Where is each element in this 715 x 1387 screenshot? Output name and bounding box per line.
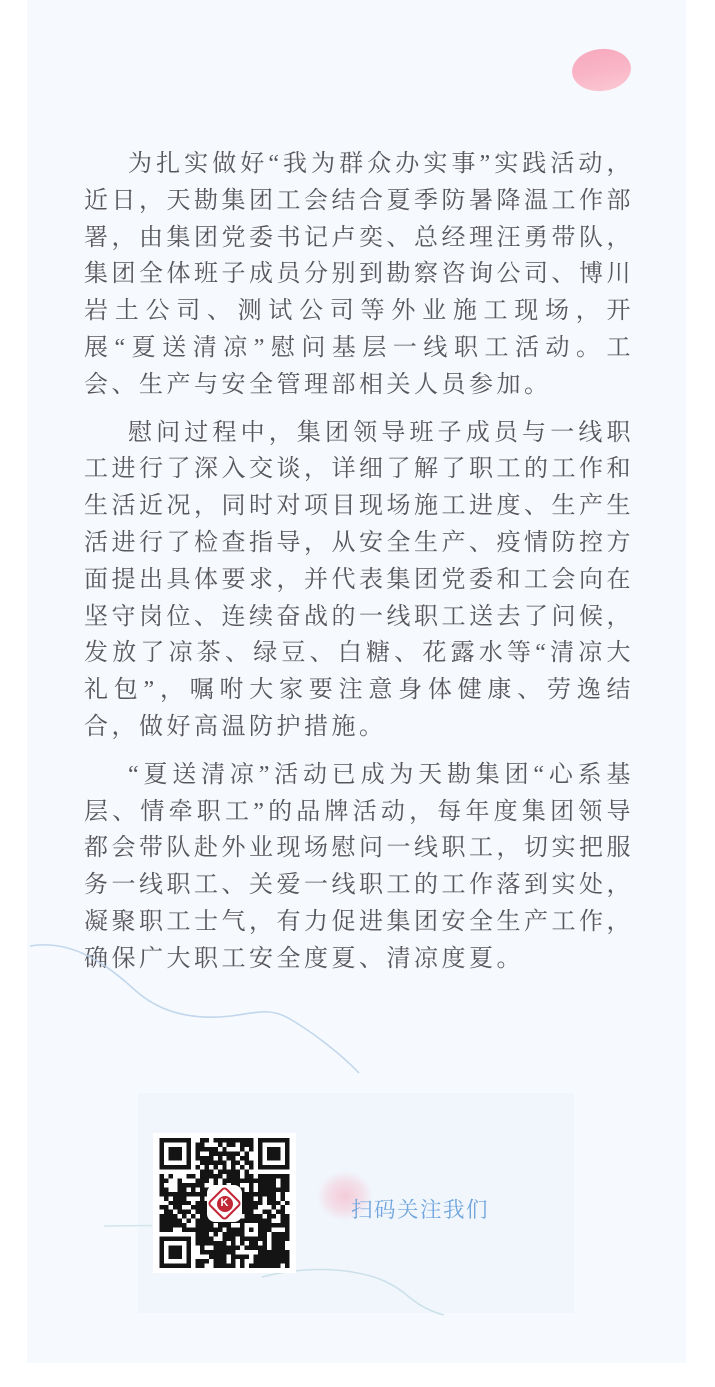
qr-logo: K [207,1185,242,1222]
brand-letter: K [221,1198,229,1209]
qr-code: K [153,1133,296,1273]
brand-badge-icon: K [217,1196,233,1212]
article-body: 为扎实做好“我为群众办实事”实践活动，近日，天勘集团工会结合夏季防暑降温工作部署… [84,146,634,989]
article-paragraph: “夏送清凉”活动已成为天勘集团“心系基层、情牵职工”的品牌活动，每年度集团领导都… [84,757,634,978]
article-screenshot: 为扎实做好“我为群众办实事”实践活动，近日，天勘集团工会结合夏季防暑降温工作部署… [0,0,715,1387]
qr-caption: 扫码关注我们 [351,1193,489,1224]
article-paragraph: 慰问过程中，集团领导班子成员与一线职工进行了深入交谈，详细了解了职工的工作和生活… [84,415,634,746]
article-paragraph: 为扎实做好“我为群众办实事”实践活动，近日，天勘集团工会结合夏季防暑降温工作部署… [84,146,634,404]
